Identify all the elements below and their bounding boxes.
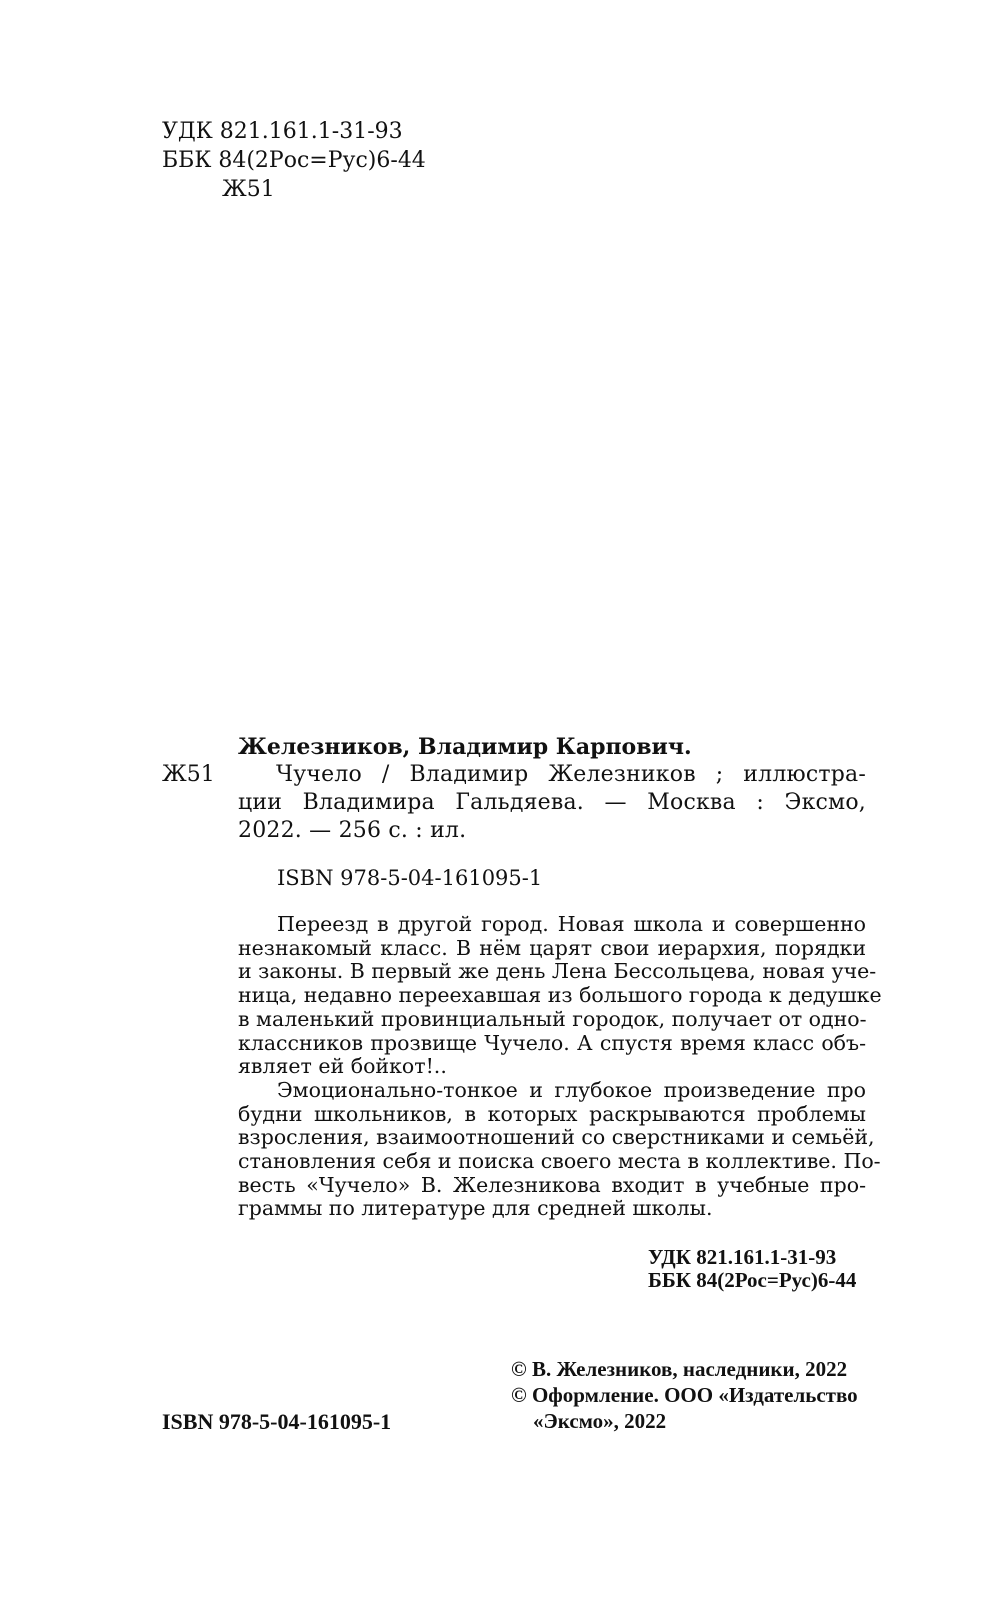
copyright-design-cont: «Эксмо», 2022 [511, 1408, 858, 1434]
bottom-classification: УДК 821.161.1-31-93 ББК 84(2Рос=Рус)6-44 [648, 1246, 856, 1292]
abstract-line: ница, недавно переехавшая из большого го… [238, 984, 866, 1007]
abstract-line: граммы по литературе для средней школы. [238, 1197, 866, 1220]
abstract-line: классников прозвище Чучело. А спустя вре… [238, 1032, 866, 1055]
record-isbn: ISBN 978-5-04-161095-1 [277, 864, 542, 892]
abstract-line: будни школьников, в которых раскрываются… [238, 1103, 866, 1126]
author-mark: Ж51 [162, 175, 426, 204]
abstract-line: и законы. В первый же день Лена Бессольц… [238, 960, 866, 983]
abstract-line: Переезд в другой город. Новая школа и со… [238, 913, 866, 936]
abstract-line: весть «Чучело» В. Железникова входит в у… [238, 1174, 866, 1197]
udk-code: УДК 821.161.1-31-93 [648, 1246, 856, 1269]
copyright-design: © Оформление. ООО «Издательство [511, 1382, 858, 1408]
abstract-line: незнакомый класс. В нём царят свои иерар… [238, 937, 866, 960]
abstract-line: становления себя и поиска своего места в… [238, 1150, 866, 1173]
isbn-bottom: ISBN 978-5-04-161095-1 [162, 1408, 391, 1436]
abstract-line: в маленький провинциальный городок, полу… [238, 1008, 866, 1031]
copyright-author: © В. Железников, наследники, 2022 [511, 1356, 858, 1382]
record-title-line: ции Владимира Гальдяева. — Москва : Эксм… [238, 789, 866, 817]
bbk-code: ББК 84(2Рос=Рус)6-44 [648, 1269, 856, 1292]
record-title-line: Чучело / Владимир Железников ; иллюстра- [238, 761, 866, 789]
record-author-mark: Ж51 [162, 761, 215, 789]
udk-code: УДК 821.161.1-31-93 [162, 117, 426, 146]
copyright-block: © В. Железников, наследники, 2022 © Офор… [511, 1356, 858, 1434]
top-classification: УДК 821.161.1-31-93 ББК 84(2Рос=Рус)6-44… [162, 117, 426, 204]
abstract-line: Эмоционально-тонкое и глубокое произведе… [238, 1079, 866, 1102]
abstract-line: взросления, взаимоотношений со сверстник… [238, 1126, 866, 1149]
record-author: Железников, Владимир Карпович. [238, 733, 692, 761]
abstract-line: являет ей бойкот!.. [238, 1055, 866, 1078]
bbk-code: ББК 84(2Рос=Рус)6-44 [162, 146, 426, 175]
record-title-line: 2022. — 256 с. : ил. [238, 817, 866, 845]
